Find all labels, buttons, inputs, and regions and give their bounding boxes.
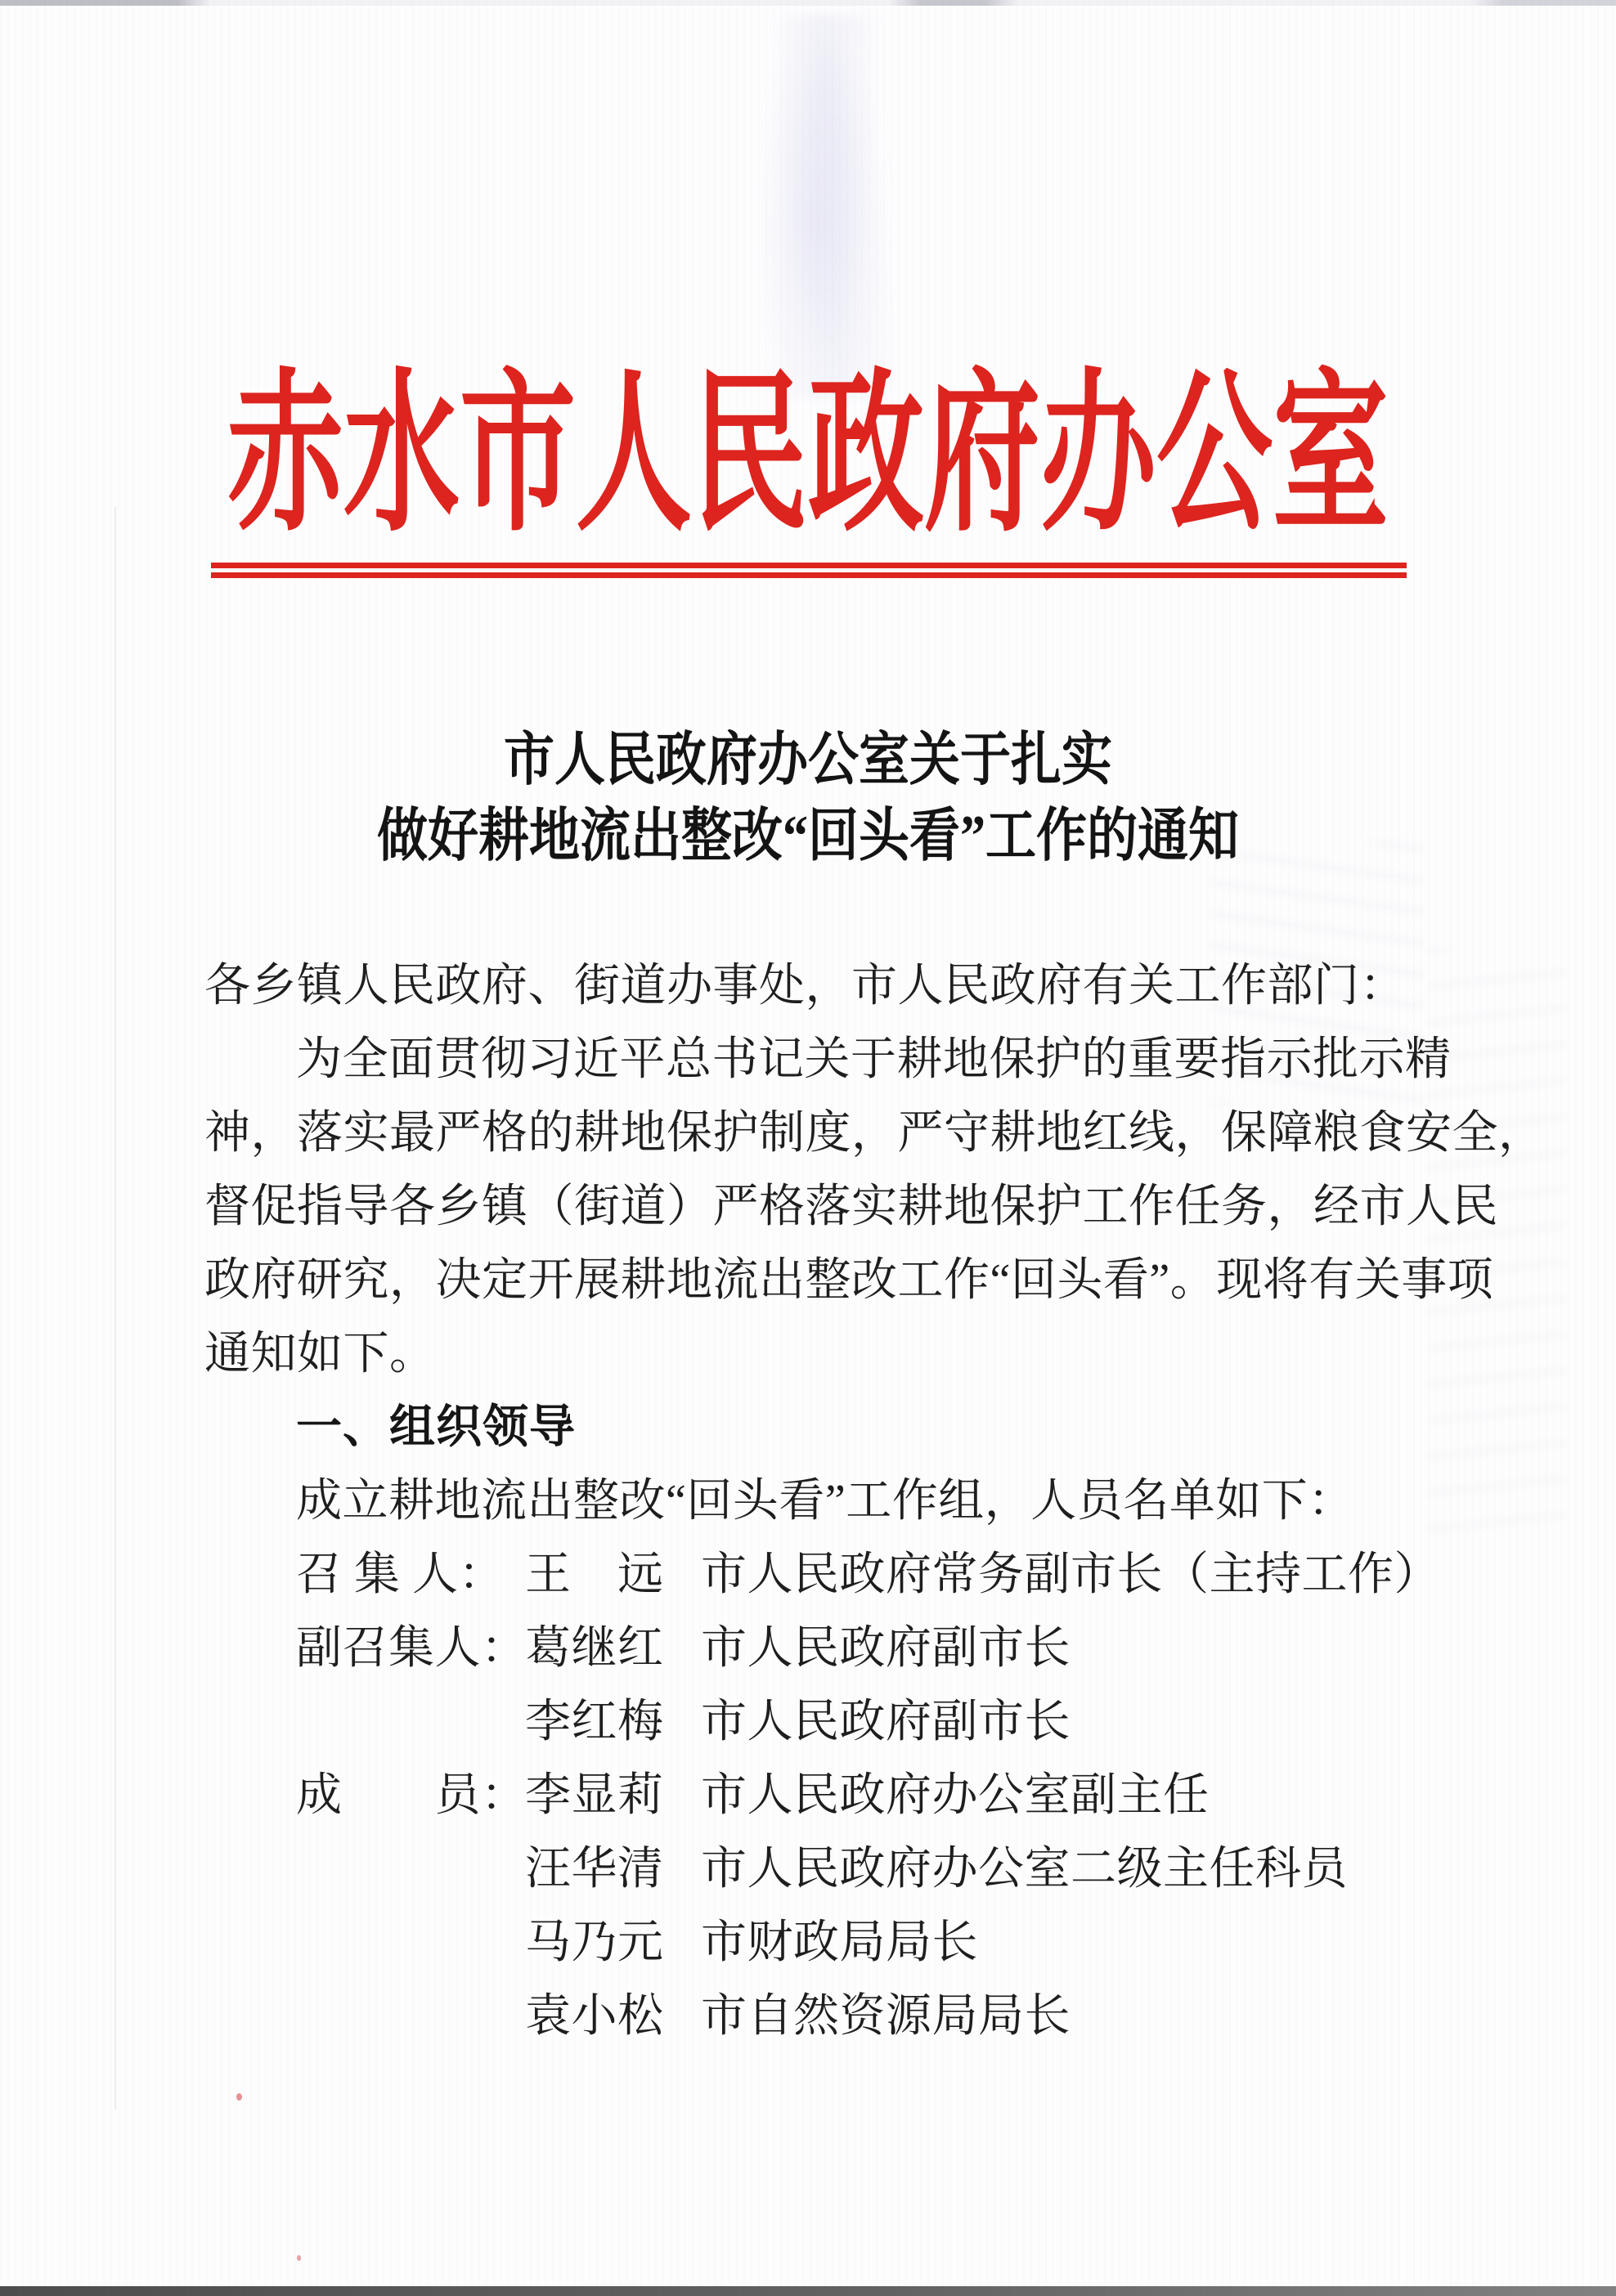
paragraph-line: 督促指导各乡镇（街道）严格落实耕地保护工作任务，经市人民 [204, 1166, 1413, 1240]
letterhead-double-rule [211, 563, 1407, 578]
roster-name: 李红梅 [525, 1685, 701, 1751]
scanner-top-edge [0, 0, 1616, 6]
section-heading: 一、组织领导 [204, 1387, 1413, 1460]
roster-row: 袁小松市自然资源局局长 [204, 1975, 1413, 2049]
roster-row: 李红梅市人民政府副市长 [204, 1681, 1413, 1755]
paragraph-line: 为全面贯彻习近平总书记关于耕地保护的重要指示批示精 [204, 1019, 1413, 1092]
roster-role: 召 集 人： [296, 1538, 525, 1603]
roster-name: 袁小松 [525, 1980, 701, 2045]
roster-row: 汪华清市人民政府办公室二级主任科员 [204, 1828, 1413, 1902]
paragraph-line: 政府研究，决定开展耕地流出整改工作“回头看”。现将有关事项 [204, 1240, 1413, 1313]
roster-title: 市人民政府办公室二级主任科员 [701, 1832, 1348, 1898]
document-title: 市人民政府办公室关于扎实 做好耕地流出整改“回头看”工作的通知 [0, 723, 1616, 875]
document-body: 各乡镇人民政府、街道办事处，市人民政府有关工作部门： 为全面贯彻习近平总书记关于… [204, 945, 1413, 2049]
roster-row: 召 集 人：王 远市人民政府常务副市长（主持工作） [204, 1534, 1413, 1608]
roster-title: 市人民政府副市长 [701, 1612, 1071, 1677]
section-intro-line: 成立耕地流出整改“回头看”工作组，人员名单如下： [204, 1460, 1413, 1534]
roster-title: 市财政局局长 [701, 1906, 978, 1971]
roster-role: 成 员： [296, 1759, 525, 1824]
ink-speck [297, 2255, 301, 2261]
salutation-line: 各乡镇人民政府、街道办事处，市人民政府有关工作部门： [204, 945, 1413, 1019]
roster-row: 副召集人：葛继红市人民政府副市长 [204, 1608, 1413, 1681]
ink-speck [236, 2093, 242, 2101]
roster-name: 李显莉 [525, 1759, 701, 1824]
roster-name: 葛继红 [525, 1612, 701, 1677]
scanner-bottom-edge [0, 2286, 1616, 2296]
document-title-line-2: 做好耕地流出整改“回头看”工作的通知 [0, 799, 1616, 875]
roster-title: 市人民政府办公室副主任 [701, 1759, 1210, 1824]
paragraph-line: 通知如下。 [204, 1313, 1413, 1387]
roster-title: 市人民政府副市长 [701, 1685, 1071, 1751]
roster-title: 市人民政府常务副市长（主持工作） [701, 1538, 1440, 1603]
roster-role: 副召集人： [296, 1612, 525, 1677]
scanned-document-page: 赤水市人民政府办公室 市人民政府办公室关于扎实 做好耕地流出整改“回头看”工作的… [0, 0, 1616, 2296]
roster-row: 马乃元市财政局局长 [204, 1902, 1413, 1975]
roster-title: 市自然资源局局长 [701, 1980, 1071, 2045]
roster-name: 汪华清 [525, 1832, 701, 1898]
document-title-line-1: 市人民政府办公室关于扎实 [0, 723, 1616, 799]
roster-name: 王 远 [525, 1538, 701, 1603]
letterhead-agency-name: 赤水市人民政府办公室 [0, 368, 1616, 542]
roster-row: 成 员：李显莉市人民政府办公室副主任 [204, 1755, 1413, 1828]
bleed-through-artifact [761, 15, 891, 399]
paragraph-line: 神，落实最严格的耕地保护制度，严守耕地红线，保障粮食安全， [204, 1092, 1413, 1166]
roster-name: 马乃元 [525, 1906, 701, 1971]
